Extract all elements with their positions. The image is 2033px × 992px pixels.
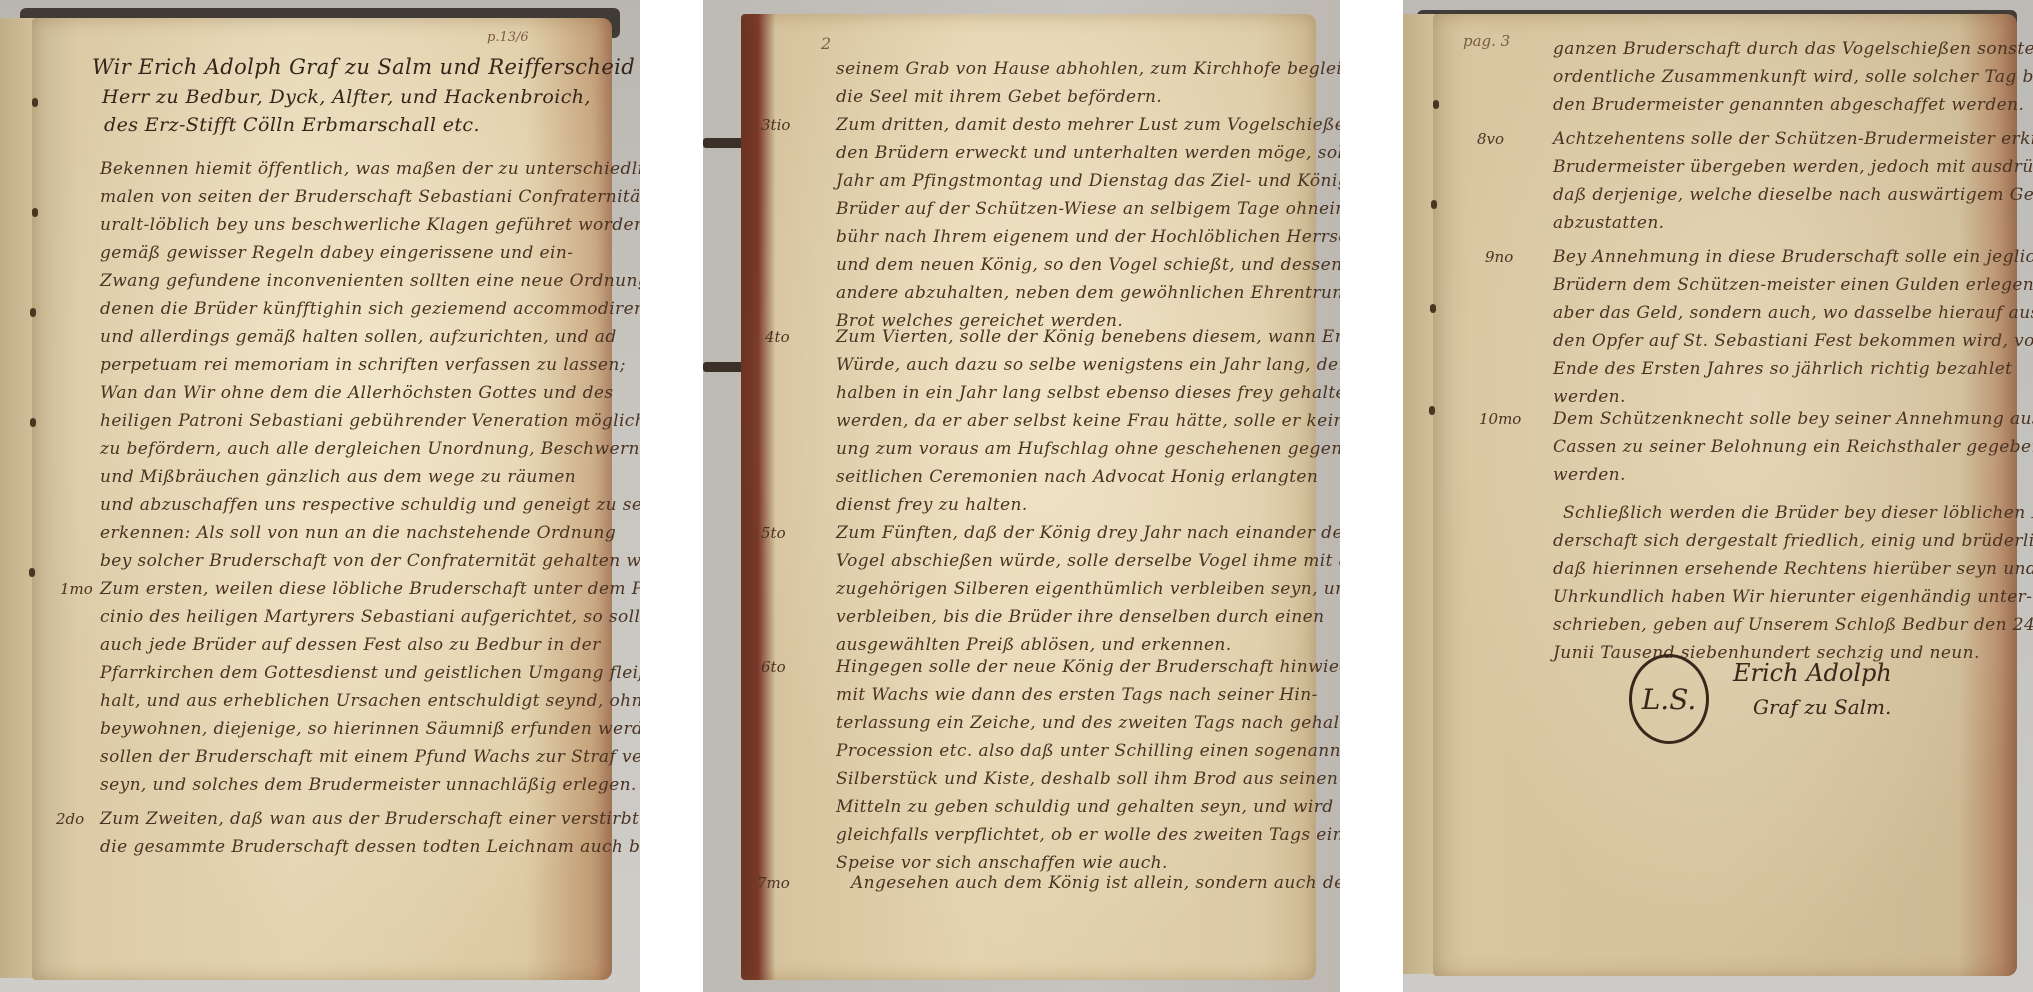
text-line: auch jede Brüder auf dessen Fest also zu… bbox=[100, 634, 601, 656]
page-number: 2 bbox=[821, 34, 831, 53]
section-number: 3tio bbox=[761, 116, 790, 134]
text-line: werden, da er aber selbst keine Frau hät… bbox=[836, 410, 1340, 432]
heading-line: des Erz-Stifft Cölln Erbmarschall etc. bbox=[104, 114, 480, 136]
text-line: bey solcher Bruderschaft von der Confrat… bbox=[100, 550, 640, 572]
text-line: verbleiben, bis die Brüder ihre denselbe… bbox=[836, 606, 1324, 628]
section-number: 5to bbox=[761, 524, 786, 542]
sewing-hole bbox=[32, 208, 38, 217]
text-line: zugehörigen Silberen eigenthümlich verbl… bbox=[836, 578, 1340, 600]
text-line: Mitteln zu geben schuldig und gehalten s… bbox=[836, 796, 1334, 818]
heading-line: Wir Erich Adolph Graf zu Salm und Reiffe… bbox=[92, 56, 635, 78]
text-line: gleichfalls verpflichtet, ob er wolle de… bbox=[836, 824, 1340, 846]
text-line: die Seel mit ihrem Gebet befördern. bbox=[836, 86, 1162, 108]
text-line: erkennen: Als soll von nun an die nachst… bbox=[100, 522, 616, 544]
text-line: derschaft sich dergestalt friedlich, ein… bbox=[1553, 530, 2033, 552]
sewing-hole bbox=[1430, 304, 1436, 313]
text-line: ausgewählten Preiß ablösen, und erkennen… bbox=[836, 634, 1232, 656]
text-line: malen von seiten der Bruderschaft Sebast… bbox=[100, 186, 640, 208]
manuscript-photo-3: pag. 3 ganzen Bruderschaft durch das Vog… bbox=[1403, 0, 2033, 992]
left-leaf-edge bbox=[1403, 14, 1437, 974]
text-line: Bekennen hiemit öffentlich, was maßen de… bbox=[100, 158, 640, 180]
signature-title: Graf zu Salm. bbox=[1733, 690, 1892, 724]
text-line: heiligen Patroni Sebastiani gebührender … bbox=[100, 410, 640, 432]
section-number: 4to bbox=[765, 328, 790, 346]
text-line: Silberstück und Kiste, deshalb soll ihm … bbox=[836, 768, 1338, 790]
section-number: 7mo bbox=[757, 874, 790, 892]
text-line: Jahr am Pfingstmontag und Dienstag das Z… bbox=[836, 170, 1340, 192]
section-number: 2do bbox=[56, 810, 84, 828]
manuscript-photo-1: p.13/6 Wir Erich Adolph Graf zu Salm und… bbox=[0, 0, 640, 992]
text-line: mit Wachs wie dann des ersten Tags nach … bbox=[836, 684, 1318, 706]
text-line: und Mißbräuchen gänzlich aus dem wege zu… bbox=[100, 466, 576, 488]
text-line: ung zum voraus am Hufschlag ohne gescheh… bbox=[836, 438, 1340, 460]
text-line: Schließlich werden die Brüder bey dieser… bbox=[1563, 502, 2033, 524]
text-line: Procession etc. also daß unter Schilling… bbox=[836, 740, 1340, 762]
text-line: cinio des heiligen Martyrers Sebastiani … bbox=[100, 606, 640, 628]
text-line: Zum ersten, weilen diese löbliche Bruder… bbox=[100, 578, 640, 600]
text-line: und allerdings gemäß halten sollen, aufz… bbox=[100, 326, 617, 348]
text-line: Zwang gefundene inconvenienten sollten e… bbox=[100, 270, 640, 292]
text-line: Pfarrkirchen dem Gottesdienst und geistl… bbox=[100, 662, 640, 684]
text-line: denen die Brüder künfftighin sich geziem… bbox=[100, 298, 640, 320]
text-line: daß hierinnen ersehende Rechtens hierübe… bbox=[1553, 558, 2033, 580]
text-line: Achtzehentens solle der Schützen-Bruderm… bbox=[1553, 128, 2033, 150]
text-line: schrieben, geben auf Unserem Schloß Bedb… bbox=[1553, 614, 2033, 636]
text-line: Angesehen auch dem König ist allein, son… bbox=[851, 872, 1340, 894]
sewing-hole bbox=[30, 418, 36, 427]
text-line: Zum Fünften, daß der König drey Jahr nac… bbox=[836, 522, 1340, 544]
text-line: sollen der Bruderschaft mit einem Pfund … bbox=[100, 746, 640, 768]
text-line: halt, und aus erheblichen Ursachen entsc… bbox=[100, 690, 640, 712]
seal-ls-stamp: L.S. bbox=[1629, 654, 1709, 744]
text-line: die gesammte Bruderschaft dessen todten … bbox=[100, 836, 640, 858]
text-line: beywohnen, diejenige, so hierinnen Säumn… bbox=[100, 718, 640, 740]
text-line: Hingegen solle der neue König der Bruder… bbox=[836, 656, 1340, 678]
text-line: Ende des Ersten Jahres so jährlich richt… bbox=[1553, 358, 2012, 380]
text-line: ganzen Bruderschaft durch das Vogelschie… bbox=[1553, 38, 2033, 60]
text-line: Brudermeister übergeben werden, jedoch m… bbox=[1553, 156, 2033, 178]
sewing-hole bbox=[1429, 406, 1435, 415]
text-line: Uhrkundlich haben Wir hierunter eigenhän… bbox=[1553, 586, 2032, 608]
text-line: andere abzuhalten, neben dem gewöhnliche… bbox=[836, 282, 1340, 304]
text-line: halben in ein Jahr lang selbst ebenso di… bbox=[836, 382, 1340, 404]
section-number: 10mo bbox=[1479, 410, 1521, 428]
text-line: bühr nach Ihrem eigenem und der Hochlöbl… bbox=[836, 226, 1340, 248]
text-line: ordentliche Zusammenkunft wird, solle so… bbox=[1553, 66, 2033, 88]
manuscript-page-1: p.13/6 Wir Erich Adolph Graf zu Salm und… bbox=[32, 18, 612, 980]
section-number: 1mo bbox=[60, 580, 93, 598]
signature-name: Erich Adolph bbox=[1733, 656, 1892, 690]
text-line: Bey Annehmung in diese Bruderschaft soll… bbox=[1553, 246, 2033, 268]
text-line: terlassung ein Zeiche, und des zweiten T… bbox=[836, 712, 1340, 734]
archive-annotation: p.13/6 bbox=[487, 30, 529, 45]
text-line: den Brudermeister genannten abgeschaffet… bbox=[1553, 94, 2024, 116]
manuscript-photo-2: 2 seinem Grab von Hause abhohlen, zum Ki… bbox=[703, 0, 1340, 992]
text-line: aber das Geld, sondern auch, wo dasselbe… bbox=[1553, 302, 2033, 324]
section-number: 8vo bbox=[1477, 130, 1504, 148]
sewing-hole bbox=[30, 308, 36, 317]
text-line: Vogel abschießen würde, solle derselbe V… bbox=[836, 550, 1340, 572]
signature: Erich Adolph Graf zu Salm. bbox=[1733, 656, 1892, 724]
text-line: Zum Zweiten, daß wan aus der Bruderschaf… bbox=[100, 808, 640, 830]
text-line: perpetuam rei memoriam in schriften verf… bbox=[100, 354, 626, 376]
text-line: Dem Schützenknecht solle bey seiner Anne… bbox=[1553, 408, 2033, 430]
text-line: uralt-löblich bey uns beschwerliche Klag… bbox=[100, 214, 640, 236]
text-line: zu befördern, auch alle dergleichen Unor… bbox=[100, 438, 640, 460]
text-line: Speise vor sich anschaffen wie auch. bbox=[836, 852, 1168, 874]
text-line: den Brüdern erweckt und unterhalten werd… bbox=[836, 142, 1340, 164]
text-line: seyn, und solches dem Brudermeister unna… bbox=[100, 774, 637, 796]
text-line: seitlichen Ceremonien nach Advocat Honig… bbox=[836, 466, 1318, 488]
text-line: daß derjenige, welche dieselbe nach ausw… bbox=[1553, 184, 2033, 206]
sewing-hole bbox=[32, 98, 38, 107]
manuscript-page-2: 2 seinem Grab von Hause abhohlen, zum Ki… bbox=[741, 14, 1316, 980]
text-line: gemäß gewisser Regeln dabey eingerissene… bbox=[100, 242, 573, 264]
sewing-hole bbox=[1431, 200, 1437, 209]
heading-line: Herr zu Bedbur, Dyck, Alfter, und Hacken… bbox=[102, 86, 591, 108]
text-line: Würde, auch dazu so selbe wenigstens ein… bbox=[836, 354, 1340, 376]
manuscript-page-3: pag. 3 ganzen Bruderschaft durch das Vog… bbox=[1433, 14, 2017, 976]
sewing-hole bbox=[1433, 100, 1439, 109]
text-line: dienst frey zu halten. bbox=[836, 494, 1028, 516]
text-line: den Opfer auf St. Sebastiani Fest bekomm… bbox=[1553, 330, 2033, 352]
text-line: seinem Grab von Hause abhohlen, zum Kirc… bbox=[836, 58, 1340, 80]
text-line: Wan dan Wir ohne dem die Allerhöchsten G… bbox=[100, 382, 614, 404]
section-number: 6to bbox=[761, 658, 786, 676]
text-line: und abzuschaffen uns respective schuldig… bbox=[100, 494, 640, 516]
text-line: Zum Vierten, solle der König benebens di… bbox=[836, 326, 1340, 348]
text-line: Brüder auf der Schützen-Wiese an selbige… bbox=[836, 198, 1340, 220]
text-line: werden. bbox=[1553, 386, 1626, 408]
text-line: Cassen zu seiner Belohnung ein Reichstha… bbox=[1553, 436, 2033, 458]
text-line: und dem neuen König, so den Vogel schieß… bbox=[836, 254, 1340, 276]
text-line: abzustatten. bbox=[1553, 212, 1665, 234]
text-line: Zum dritten, damit desto mehrer Lust zum… bbox=[836, 114, 1340, 136]
sewing-hole bbox=[29, 568, 35, 577]
section-number: 9no bbox=[1485, 248, 1513, 266]
page-marker: pag. 3 bbox=[1463, 32, 1510, 50]
text-line: Brüdern dem Schützen-meister einen Gulde… bbox=[1553, 274, 2033, 296]
text-line: werden. bbox=[1553, 464, 1626, 486]
